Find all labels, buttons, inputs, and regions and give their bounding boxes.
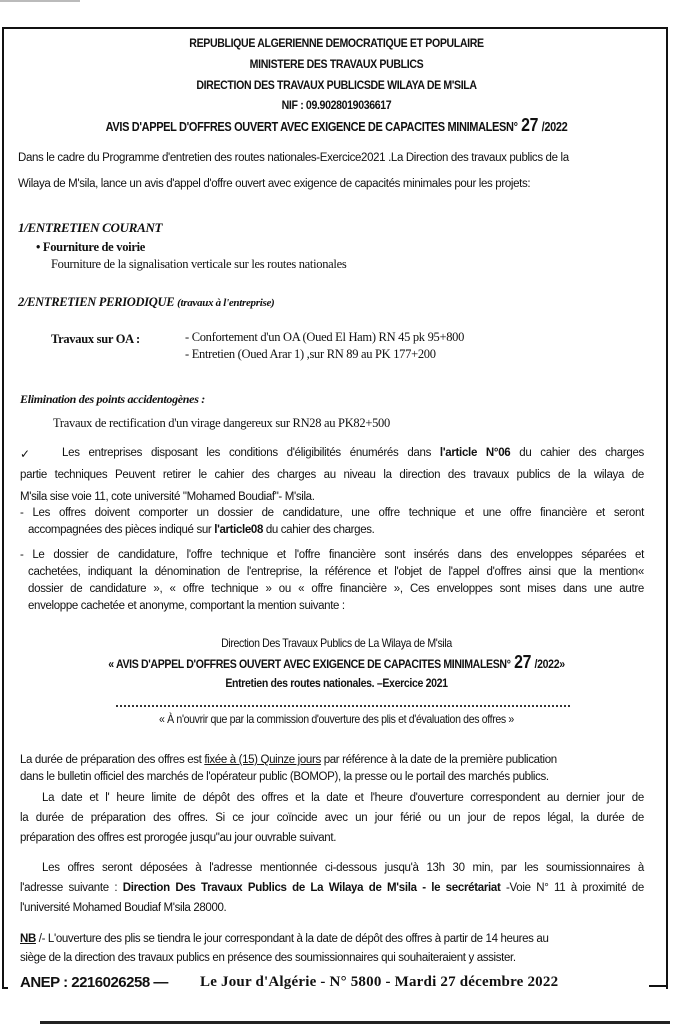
conditions-p3-line-4: enveloppe cachetée et anonyme, comportan… <box>28 600 345 612</box>
section-2-title-text: 2/ENTRETIEN PERIODIQUE <box>18 295 174 309</box>
envelope-subject: Entretien des routes nationales. –Exerci… <box>40 676 632 690</box>
envelope-number: 27 <box>514 652 531 672</box>
duration-line-2: dans le bulletin officiel des marchés de… <box>20 771 549 783</box>
notice-title: AVIS D'APPEL D'OFFRES OUVERT AVEC EXIGEN… <box>40 115 632 136</box>
nb-line-2: siège de la direction des travaux public… <box>20 952 516 964</box>
conditions-p1-text: Les entreprises disposant les conditions… <box>62 447 440 459</box>
section-1-bullet: • Fourniture de voirie <box>36 240 145 255</box>
duration-line-5: préparation des offres est prorogée jusq… <box>20 832 336 844</box>
header-ministry: MINISTERE DES TRAVAUX PUBLICS <box>40 57 632 71</box>
conditions-p2-text: du cahier des charges. <box>263 524 375 536</box>
duration-line-4: la durée de préparation des offres. Si c… <box>20 812 644 824</box>
conditions-p1-line-2: partie techniques Peuvent retirer le cah… <box>20 469 644 481</box>
conditions-p3-line-1: - Le dossier de candidature, l'offre tec… <box>20 549 644 561</box>
notice-year: /2022 <box>542 120 568 134</box>
section-2-item-2: - Entretien (Oued Arar 1) ,sur RN 89 au … <box>185 347 436 362</box>
deposit-line-1: Les offres seront déposées à l'adresse m… <box>42 862 644 874</box>
intro-line-1: Dans le cadre du Programme d'entretien d… <box>18 152 569 164</box>
conditions-p2-line-2: accompagnées des pièces indiqué sur l'ar… <box>28 524 375 536</box>
scan-artifact <box>0 0 80 2</box>
section-1-detail: Fourniture de la signalisation verticale… <box>51 257 346 272</box>
nb-text: /- L'ouverture des plis se tiendra le jo… <box>36 933 549 945</box>
section-2-subtitle: (travaux à l'entreprise) <box>177 297 274 309</box>
conditions-p3-line-3: dossier de candidature », « offre techni… <box>28 583 644 595</box>
duration-text: par référence à la date de la première p… <box>321 754 557 766</box>
section-2-label: Travaux sur OA : <box>51 332 140 347</box>
envelope-mention: « À n'ouvrir que par la commission d'ouv… <box>40 712 632 726</box>
conditions-p2-text: accompagnées des pièces indiqué sur <box>28 524 214 536</box>
section-3-title: Elimination des points accidentogènes : <box>20 392 205 407</box>
nb-line-1: NB /- L'ouverture des plis se tiendra le… <box>20 933 549 945</box>
publication-info: Le Jour d'Algérie - N° 5800 - Mardi 27 d… <box>200 974 558 991</box>
frame-corner <box>2 987 8 989</box>
conditions-p1-line-1: Les entreprises disposant les conditions… <box>62 447 644 459</box>
dotted-separator <box>116 705 570 707</box>
intro-line-2: Wilaya de M'sila, lance un avis d'appel … <box>18 178 530 190</box>
deposit-text: -Voie N° 11 à proximité de <box>501 882 644 894</box>
envelope-year: /2022» <box>535 657 565 671</box>
conditions-p1-line-3: M'sila sise voie 11, cote université "Mo… <box>20 491 315 503</box>
deposit-address: Direction Des Travaux Publics de La Wila… <box>123 882 501 894</box>
envelope-direction: Direction Des Travaux Publics de La Wila… <box>40 636 632 650</box>
notice-title-text: AVIS D'APPEL D'OFFRES OUVERT AVEC EXIGEN… <box>106 120 518 134</box>
duration-text: La durée de préparation des offres est <box>20 754 204 766</box>
envelope-title: « AVIS D'APPEL D'OFFRES OUVERT AVEC EXIG… <box>40 652 632 673</box>
deposit-line-2: l'adresse suivante : Direction Des Trava… <box>20 882 644 894</box>
header-direction: DIRECTION DES TRAVAUX PUBLICSDE WILAYA D… <box>40 78 632 92</box>
deposit-text: l'adresse suivante : <box>20 882 123 894</box>
section-2-title: 2/ENTRETIEN PERIODIQUE (travaux à l'entr… <box>18 295 274 310</box>
frame-corner <box>649 985 666 987</box>
article-reference: l'article N°06 <box>440 447 510 459</box>
section-2-item-1: - Confortement d'un OA (Oued El Ham) RN … <box>185 330 464 345</box>
anep-reference: ANEP : 2216026258 — <box>20 974 168 991</box>
conditions-p2-line-1: - Les offres doivent comporter un dossie… <box>20 507 644 519</box>
header-nif: NIF : 09.9028019036617 <box>40 98 632 112</box>
duration-line-3: La date et l' heure limite de dépôt des … <box>42 792 644 804</box>
conditions-p1-text: du cahier des charges <box>510 447 644 459</box>
duration-line-1: La durée de préparation des offres est f… <box>20 754 557 766</box>
header-republic: REPUBLIQUE ALGERIENNE DEMOCRATIQUE ET PO… <box>40 36 632 50</box>
notice-number: 27 <box>521 115 538 135</box>
section-1-title: 1/ENTRETIEN COURANT <box>18 220 162 236</box>
section-3-detail: Travaux de rectification d'un virage dan… <box>53 416 390 431</box>
envelope-title-text: « AVIS D'APPEL D'OFFRES OUVERT AVEC EXIG… <box>108 657 510 671</box>
duration-period: fixée à (15) Quinze jours <box>204 754 321 766</box>
check-icon: ✓ <box>20 447 30 461</box>
conditions-p3-line-2: cachetées, indiquant la dénomination de … <box>28 566 644 578</box>
article-reference: l'article08 <box>214 524 263 536</box>
nb-label: NB <box>20 933 36 945</box>
deposit-line-3: l'université Mohamed Boudiaf M'sila 2800… <box>20 902 226 914</box>
